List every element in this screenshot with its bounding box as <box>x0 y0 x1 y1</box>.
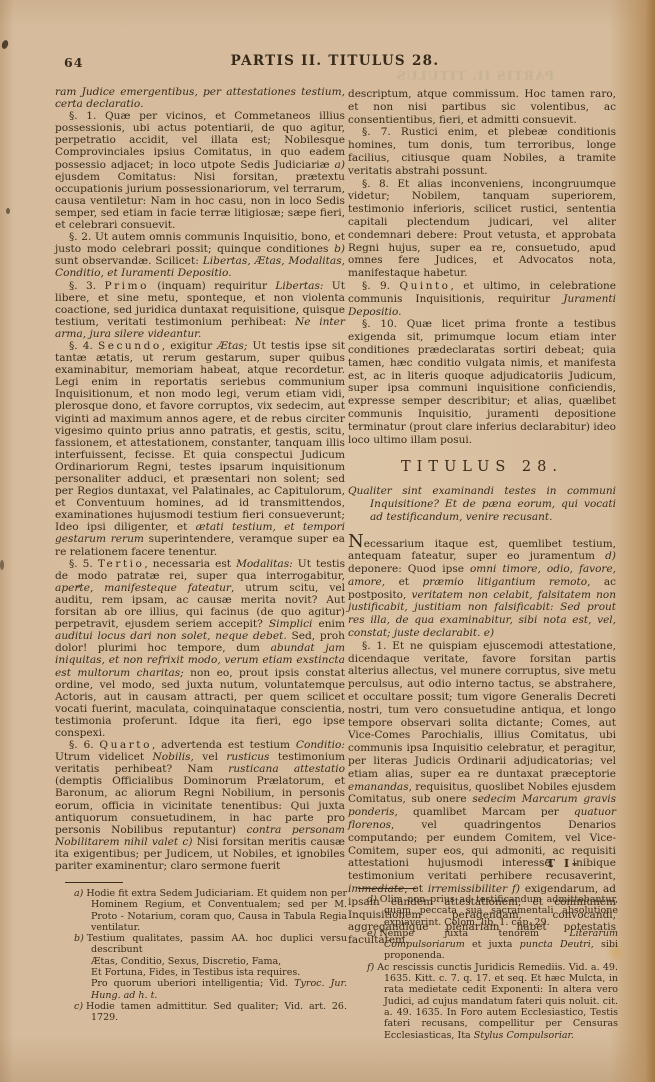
paragraph-section-3: §. 3. Primo (inquam) requiritur Libertas… <box>55 280 345 340</box>
paragraph-section-4: §. 4. Secundo, exigitur Ætas; Ut testis … <box>55 340 345 558</box>
footnote-label: c) <box>74 1001 86 1012</box>
footnote-label: f) <box>367 962 377 973</box>
footnote-label: e) <box>367 928 379 939</box>
footnote-label: b) <box>74 933 87 944</box>
footnote-text: Hodie tamen admittitur. Sed qualiter; Vi… <box>86 1001 347 1023</box>
footnote-label: d) <box>367 894 380 905</box>
ink-speck <box>1 39 10 50</box>
ink-speck <box>6 208 10 214</box>
footnotes-left: a)Hodie fit extra Sedem Judiciariam. Et … <box>55 882 347 1024</box>
showthrough-text: PARTIS II. TITULUS <box>320 68 630 83</box>
left-column: ram Judice emergentibus, per attestation… <box>55 86 345 872</box>
paragraph-continuation: ram Judice emergentibus, per attestation… <box>55 86 345 110</box>
paragraph-section-9: §. 9. Quinto, et ultimo, in celebratione… <box>348 280 616 318</box>
footnote-a: a)Hodie fit extra Sedem Judiciariam. Et … <box>55 888 347 933</box>
right-column: descriptum, atque commissum. Hoc tamen r… <box>348 88 616 947</box>
footnotes-right: d)Olim non prius ad testificandum admitt… <box>348 888 618 1041</box>
section-subtitle: Qualiter sint examinandi testes in commu… <box>348 485 616 523</box>
catchword: T I– <box>348 856 580 870</box>
running-title: PARTIS II. TITULUS 28. <box>55 53 615 69</box>
footnote-d: d)Olim non prius ad testificandum admitt… <box>348 894 618 928</box>
footnote-text: Ac rescissis cunctis Juridicis Remediis.… <box>377 962 618 1041</box>
footnote-c: c)Hodie tamen admittitur. Sed qualiter; … <box>55 1001 347 1024</box>
paragraph-section-1: §. 1. Quæ per vicinos, et Commetaneos il… <box>55 110 345 231</box>
footnote-text: Olim non prius ad testificandum admitteb… <box>380 894 618 928</box>
footnote-f: f)Ac rescissis cunctis Juridicis Remedii… <box>348 962 618 1041</box>
footnote-label: a) <box>74 888 86 899</box>
paragraph-necessarium: Necessarium itaque est, quemlibet testiu… <box>348 537 616 640</box>
paragraph-section-7: §. 7. Rustici enim, et plebeæ conditioni… <box>348 126 616 177</box>
ink-speck <box>0 560 4 570</box>
paragraph-section-6: §. 6. Quarto, advertenda est testium Con… <box>55 739 345 872</box>
paragraph-continuation: descriptum, atque commissum. Hoc tamen r… <box>348 88 616 126</box>
footnote-rule <box>358 888 416 889</box>
footnote-text: Testium qualitates, passim AA. hoc dupli… <box>87 933 347 1000</box>
footnote-rule <box>65 882 123 883</box>
section-title: TITULUS 28. <box>348 461 616 474</box>
paragraph-section-2: §. 2. Ut autem omnis communis Inquisitio… <box>55 231 345 279</box>
footnote-text: Nempe juxta tenorem Literarum Compulsori… <box>379 928 618 962</box>
footnote-text: Hodie fit extra Sedem Judiciariam. Et qu… <box>86 888 347 933</box>
footnote-e: e)Nempe juxta tenorem Literarum Compulso… <box>348 928 618 962</box>
paragraph-section-5: §. 5. Tertio, necessaria est Modalitas: … <box>55 558 345 739</box>
paragraph-section-8: §. 8. Et alias inconveniens, incongruumq… <box>348 178 616 280</box>
paragraph-section-10: §. 10. Quæ licet prima fronte a testibus… <box>348 318 616 446</box>
footnote-b: b)Testium qualitates, passim AA. hoc dup… <box>55 933 347 1001</box>
